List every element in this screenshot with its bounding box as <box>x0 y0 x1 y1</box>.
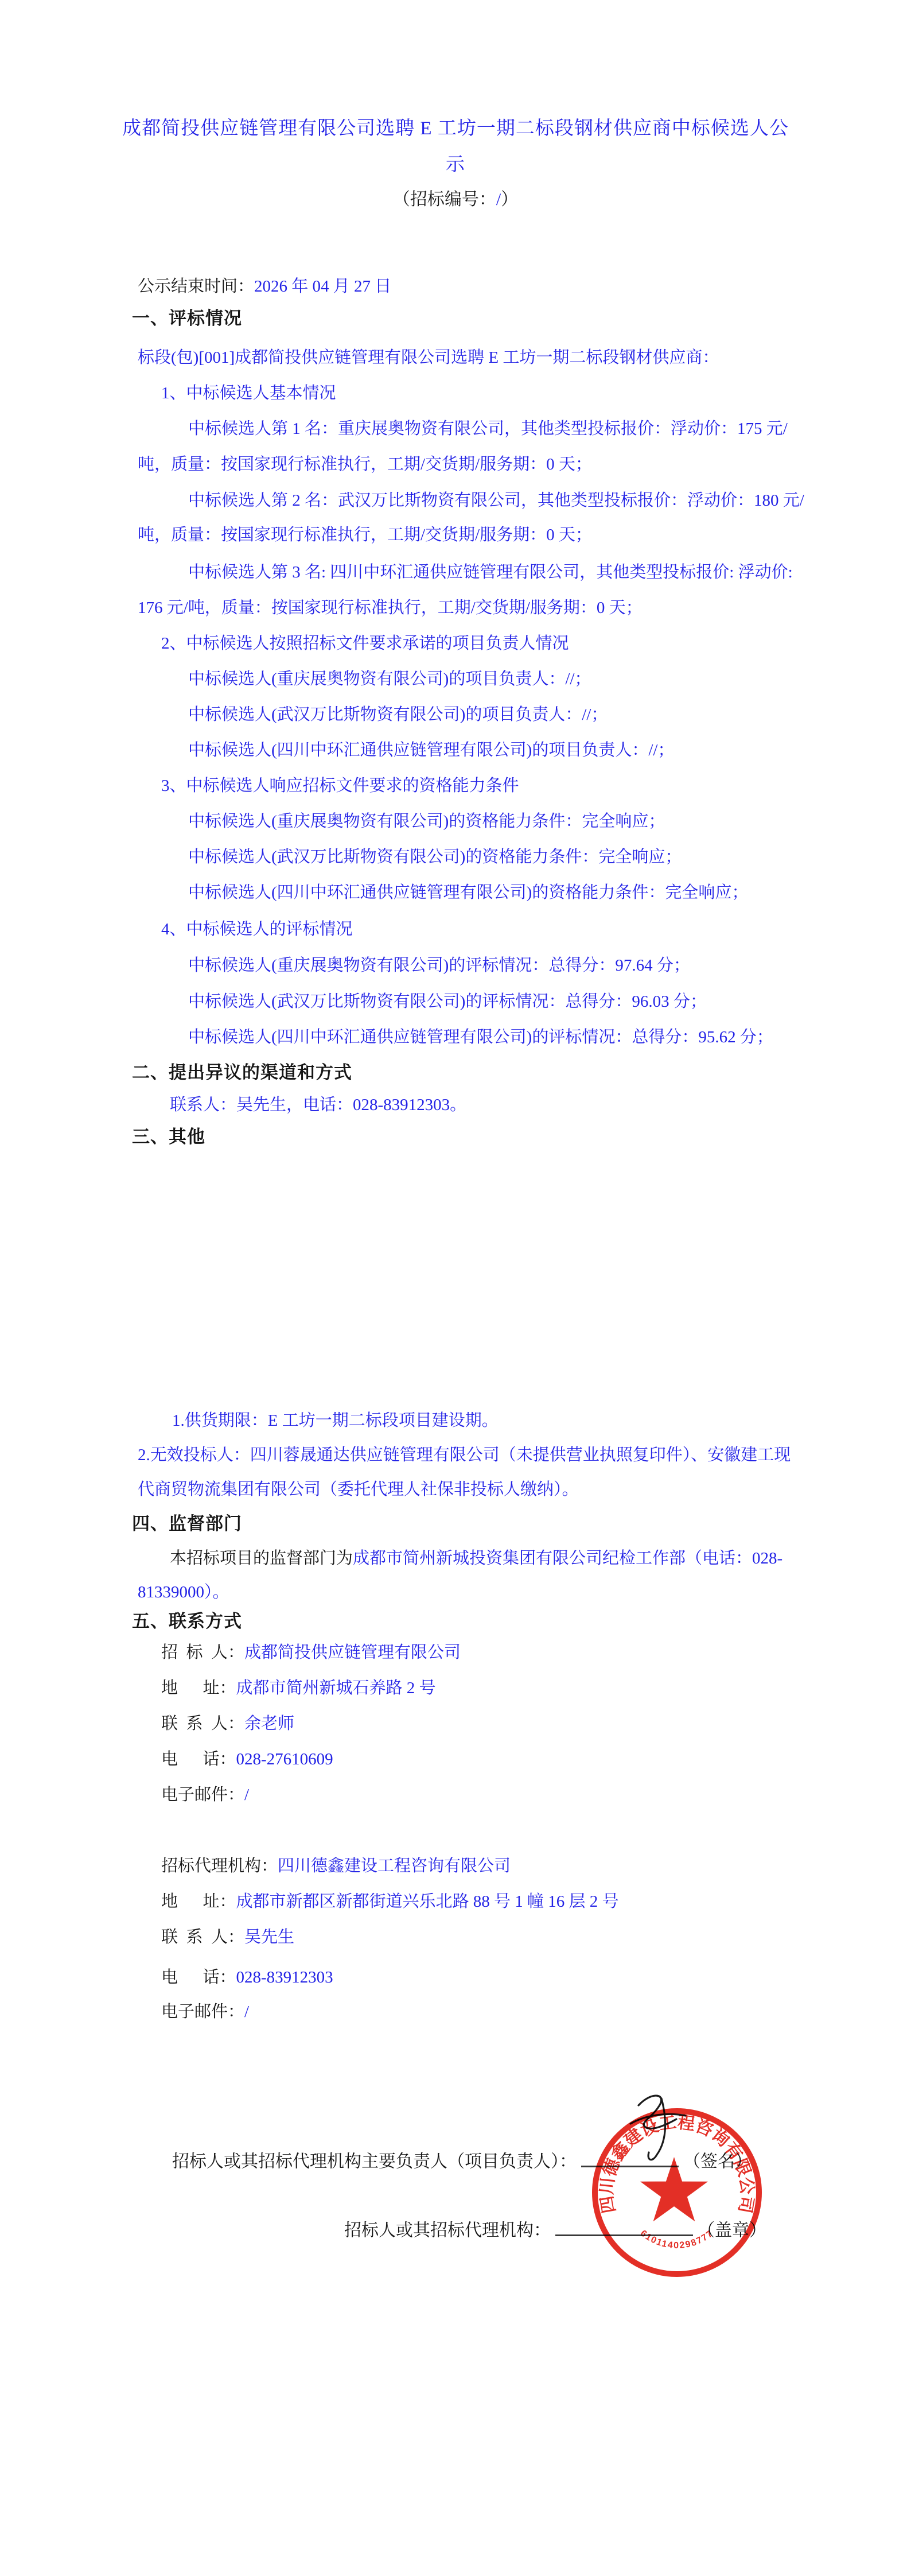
tenderer-contact: 联 系 人：余老师 <box>161 1714 294 1734</box>
score-candidate-2-text: 中标候选人(武汉万比斯物资有限公司)的评标情况：总得分：96.03 分； <box>188 992 707 1011</box>
tenderer-contact-text: 余老师 <box>244 1714 294 1733</box>
publicity-end-time-text: 公示结束时间： <box>138 277 254 296</box>
publicity-end-time: 公示结束时间：2026 年 04 月 27 日 <box>138 277 391 297</box>
candidate-1-line-2: 吨，质量：按国家现行标准执行，工期/交货期/服务期：0 天； <box>138 455 592 475</box>
leader-candidate-1-text: 中标候选人(重庆展奥物资有限公司)的项目负责人：//； <box>188 670 591 688</box>
item-3-qualification: 3、中标候选人响应招标文件要求的资格能力条件 <box>161 776 519 796</box>
score-candidate-1: 中标候选人(重庆展奥物资有限公司)的评标情况：总得分：97.64 分； <box>188 956 690 976</box>
agency-name: 招标代理机构：四川德鑫建设工程咨询有限公司 <box>161 1856 511 1876</box>
candidate-2-line-2: 吨，质量：按国家现行标准执行，工期/交货期/服务期：0 天； <box>138 525 592 545</box>
tenderer-name-text: 招 标 人： <box>161 1643 244 1662</box>
heading-2-objection: 二、提出异议的渠道和方式 <box>132 1062 352 1083</box>
candidate-1-line-1-text: 中标候选人第 1 名：重庆展奥物资有限公司，其他类型投标报价：浮动价：175 元… <box>188 420 788 438</box>
agency-address: 地 址：成都市新都区新都街道兴乐北路 88 号 1 幢 16 层 2 号 <box>161 1892 619 1912</box>
score-candidate-3-text: 中标候选人(四川中环汇通供应链管理有限公司)的评标情况：总得分：95.62 分； <box>188 1028 773 1046</box>
qualification-candidate-3: 中标候选人(四川中环汇通供应链管理有限公司)的资格能力条件：完全响应； <box>188 883 748 903</box>
supervision-line-1-text: 成都市简州新城投资集团有限公司纪检工作部（电话：028- <box>353 1549 782 1568</box>
other-supply-period-text: 1.供货期限：E 工坊一期二标段项目建设期。 <box>172 1411 499 1430</box>
title-line-1-text: 成都简投供应链管理有限公司选聘 E 工坊一期二标段钢材供应商中标候选人公 <box>122 118 789 139</box>
agency-email: 电子邮件：/ <box>161 2002 249 2022</box>
heading-5-contact: 五、联系方式 <box>132 1611 242 1632</box>
tender-number-line-text: / <box>496 190 501 209</box>
item-3-qualification-text: 3、中标候选人响应招标文件要求的资格能力条件 <box>161 777 519 795</box>
other-invalid-bidders-1: 2.无效投标人：四川蓉晟通达供应链管理有限公司（未提供营业执照复印件）、安徽建工… <box>138 1445 791 1465</box>
candidate-1-line-1: 中标候选人第 1 名：重庆展奥物资有限公司，其他类型投标报价：浮动价：175 元… <box>188 419 788 439</box>
title-line-2: 示 <box>0 154 911 177</box>
candidate-2-line-1-text: 中标候选人第 2 名：武汉万比斯物资有限公司，其他类型投标报价：浮动价：180 … <box>188 491 804 510</box>
candidate-3-line-2: 176 元/吨，质量：按国家现行标准执行，工期/交货期/服务期：0 天； <box>138 598 643 618</box>
objection-contact-text: 联系人：吴先生，电话：028-83912303。 <box>170 1096 466 1114</box>
heading-2-objection-text: 二、提出异议的渠道和方式 <box>132 1062 352 1083</box>
tenderer-email-text: / <box>244 1786 249 1804</box>
heading-3-other: 三、其他 <box>132 1126 205 1147</box>
qualification-candidate-2: 中标候选人(武汉万比斯物资有限公司)的资格能力条件：完全响应； <box>188 847 682 867</box>
agency-address-text: 地 址： <box>161 1892 236 1911</box>
tenderer-address-text: 地 址： <box>161 1679 236 1697</box>
publicity-end-time-text: 2026 年 04 月 27 日 <box>254 277 391 296</box>
tenderer-name-text: 成都简投供应链管理有限公司 <box>244 1643 461 1662</box>
score-candidate-2: 中标候选人(武汉万比斯物资有限公司)的评标情况：总得分：96.03 分； <box>188 992 707 1012</box>
title-line-1: 成都简投供应链管理有限公司选聘 E 工坊一期二标段钢材供应商中标候选人公 <box>0 118 911 141</box>
title-line-2-text: 示 <box>446 154 465 175</box>
leader-candidate-3-text: 中标候选人(四川中环汇通供应链管理有限公司)的项目负责人：//； <box>188 741 674 759</box>
agency-contact: 联 系 人：吴先生 <box>161 1927 294 1947</box>
candidate-3-line-1: 中标候选人第 3 名: 四川中环汇通供应链管理有限公司，其他类型投标报价: 浮动… <box>188 562 793 583</box>
agency-phone-text: 028-83912303 <box>236 1968 333 1987</box>
seal-code: 6101140298777 <box>639 2228 715 2251</box>
agency-name-text: 招标代理机构： <box>161 1857 278 1875</box>
agency-phone-text: 电 话： <box>161 1968 236 1987</box>
item-2-project-leader-text: 2、中标候选人按照招标文件要求承诺的项目负责人情况 <box>161 634 569 653</box>
tenderer-name: 招 标 人：成都简投供应链管理有限公司 <box>161 1643 461 1663</box>
leader-candidate-2: 中标候选人(武汉万比斯物资有限公司)的项目负责人：//； <box>188 705 608 725</box>
agency-email-text: / <box>244 2003 249 2021</box>
tenderer-contact-text: 联 系 人： <box>161 1714 244 1733</box>
heading-4-supervision-text: 四、监督部门 <box>132 1514 242 1534</box>
tenderer-phone-text: 电 话： <box>161 1750 236 1768</box>
heading-3-other-text: 三、其他 <box>132 1127 205 1147</box>
supervision-line-2: 81339000）。 <box>138 1582 229 1603</box>
tenderer-email: 电子邮件：/ <box>161 1785 249 1805</box>
tenderer-email-text: 电子邮件： <box>161 1786 244 1804</box>
candidate-2-line-1: 中标候选人第 2 名：武汉万比斯物资有限公司，其他类型投标报价：浮动价：180 … <box>188 491 804 511</box>
tender-number-line-text: ） <box>501 190 518 209</box>
tenderer-phone-text: 028-27610609 <box>236 1750 333 1768</box>
candidate-3-line-2-text: 176 元/吨，质量：按国家现行标准执行，工期/交货期/服务期：0 天； <box>138 599 643 617</box>
candidate-1-line-2-text: 吨，质量：按国家现行标准执行，工期/交货期/服务期：0 天； <box>138 455 592 474</box>
tender-number-line: （招标编号：/） <box>0 189 911 210</box>
heading-1-evaluation: 一、评标情况 <box>132 308 242 329</box>
leader-candidate-1: 中标候选人(重庆展奥物资有限公司)的项目负责人：//； <box>188 669 591 689</box>
tenderer-phone: 电 话：028-27610609 <box>161 1749 333 1770</box>
agency-phone: 电 话：028-83912303 <box>161 1968 333 1988</box>
heading-4-supervision: 四、监督部门 <box>132 1513 242 1534</box>
item-1-basic-info-text: 1、中标候选人基本情况 <box>161 384 336 402</box>
agency-contact-text: 吴先生 <box>244 1928 294 1946</box>
other-supply-period: 1.供货期限：E 工坊一期二标段项目建设期。 <box>172 1411 499 1431</box>
item-1-basic-info: 1、中标候选人基本情况 <box>161 383 336 404</box>
tenderer-address: 地 址：成都市简州新城石养路 2 号 <box>161 1678 436 1698</box>
heading-1-evaluation-text: 一、评标情况 <box>132 308 242 328</box>
principal-signature-line-text: 招标人或其招标代理机构主要负责人（项目负责人）： <box>172 2152 577 2171</box>
supervision-line-2-text: 81339000）。 <box>138 1583 229 1601</box>
heading-5-contact-text: 五、联系方式 <box>132 1611 242 1631</box>
agency-email-text: 电子邮件： <box>161 2003 244 2021</box>
leader-candidate-2-text: 中标候选人(武汉万比斯物资有限公司)的项目负责人：//； <box>188 705 608 724</box>
item-4-scores: 4、中标候选人的评标情况 <box>161 920 353 940</box>
qualification-candidate-3-text: 中标候选人(四川中环汇通供应链管理有限公司)的资格能力条件：完全响应； <box>188 883 748 902</box>
supervision-line-1: 本招标项目的监督部门为成都市简州新城投资集团有限公司纪检工作部（电话：028- <box>170 1549 782 1569</box>
qualification-candidate-2-text: 中标候选人(武汉万比斯物资有限公司)的资格能力条件：完全响应； <box>188 848 682 866</box>
supervision-line-1-text: 本招标项目的监督部门为 <box>170 1549 353 1568</box>
item-4-scores-text: 4、中标候选人的评标情况 <box>161 920 353 938</box>
candidate-2-line-2-text: 吨，质量：按国家现行标准执行，工期/交货期/服务期：0 天； <box>138 526 592 544</box>
item-2-project-leader: 2、中标候选人按照招标文件要求承诺的项目负责人情况 <box>161 634 569 654</box>
candidate-3-line-1-text: 中标候选人第 3 名: 四川中环汇通供应链管理有限公司，其他类型投标报价: 浮动… <box>188 563 793 581</box>
agency-contact-text: 联 系 人： <box>161 1928 244 1946</box>
leader-candidate-3: 中标候选人(四川中环汇通供应链管理有限公司)的项目负责人：//； <box>188 740 674 761</box>
signature-strokes <box>622 2088 697 2174</box>
objection-contact: 联系人：吴先生，电话：028-83912303。 <box>170 1095 466 1115</box>
agency-name-text: 四川德鑫建设工程咨询有限公司 <box>278 1857 511 1875</box>
score-candidate-1-text: 中标候选人(重庆展奥物资有限公司)的评标情况：总得分：97.64 分； <box>188 956 690 975</box>
score-candidate-3: 中标候选人(四川中环汇通供应链管理有限公司)的评标情况：总得分：95.62 分； <box>188 1027 773 1048</box>
handwritten-signature <box>622 2088 697 2174</box>
other-invalid-bidders-1-text: 2.无效投标人：四川蓉晟通达供应链管理有限公司（未提供营业执照复印件）、安徽建工… <box>138 1446 791 1464</box>
other-invalid-bidders-2: 代商贸物流集团有限公司（委托代理人社保非投标人缴纳）。 <box>138 1480 579 1500</box>
qualification-candidate-1: 中标候选人(重庆展奥物资有限公司)的资格能力条件：完全响应； <box>188 812 665 832</box>
tenderer-address-text: 成都市简州新城石养路 2 号 <box>236 1679 436 1697</box>
section-lot-line-text: 标段(包)[001]成都简投供应链管理有限公司选聘 E 工坊一期二标段钢材供应商… <box>138 348 719 367</box>
notice-page: { "document": { "title": "成都简投供应链管理有限公司选… <box>0 0 911 2576</box>
agency-address-text: 成都市新都区新都街道兴乐北路 88 号 1 幢 16 层 2 号 <box>236 1892 619 1911</box>
section-lot-line: 标段(包)[001]成都简投供应链管理有限公司选聘 E 工坊一期二标段钢材供应商… <box>138 348 719 368</box>
agency-seal-line-text: 招标人或其招标代理机构： <box>344 2221 551 2240</box>
qualification-candidate-1-text: 中标候选人(重庆展奥物资有限公司)的资格能力条件：完全响应； <box>188 812 665 831</box>
tender-number-line-text: （招标编号： <box>393 190 496 209</box>
other-invalid-bidders-2-text: 代商贸物流集团有限公司（委托代理人社保非投标人缴纳）。 <box>138 1480 579 1499</box>
